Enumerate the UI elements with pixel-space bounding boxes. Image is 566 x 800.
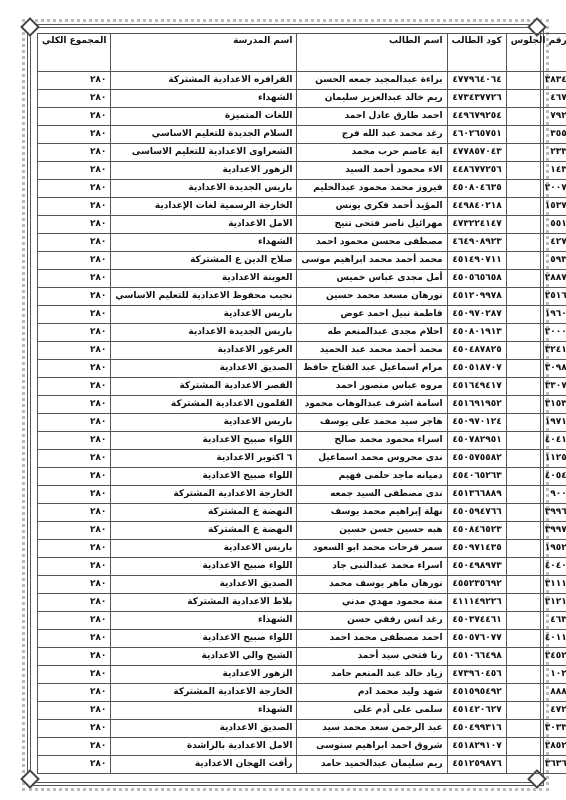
header-student-code: كود الطالب: [447, 34, 506, 72]
total-cell: ٢٨٠: [38, 684, 111, 702]
school-name-cell: الخارجة الاعدادية المشتركة: [111, 486, 297, 504]
seat-number-cell: ٢٠٠٧: [506, 180, 566, 198]
student-code-cell: ٤٥٠٤٨٧٨٢٥: [447, 342, 506, 360]
student-name-cell: دميانه ماجد حلمى فهيم: [297, 468, 447, 486]
student-code-cell: ٤٥٠٤٩٩٣١٦: [447, 720, 506, 738]
student-code-cell: ٤٥٠٩٧١٤٣٥: [447, 540, 506, 558]
table-row: ٢٠٠٠٤٥٠٨٠١٩١٣احلام مجدى عبدالمنعم طهباري…: [38, 324, 566, 342]
table-row: ٤٠٤١٤٥٠٧٨٢٩٥١اسراء محمود محمد صالحاللواء…: [38, 432, 566, 450]
total-cell: ٢٨٠: [38, 90, 111, 108]
student-code-cell: ٤٥٠٩٧٠١٢٤: [447, 414, 506, 432]
student-code-cell: ٤٧٣٩٦٠٤٥٦: [447, 666, 506, 684]
student-name-cell: رنا فتحي سيد أحمد: [297, 648, 447, 666]
student-name-cell: اسراء محمود محمد صالح: [297, 432, 447, 450]
school-name-cell: اللغات المتميزة: [111, 108, 297, 126]
total-cell: ٢٨٠: [38, 144, 111, 162]
school-name-cell: الشهداء: [111, 90, 297, 108]
student-code-cell: ٤٥٠٥٦٥٦٥٨: [447, 270, 506, 288]
student-name-cell: رغد محمد عبد الله فرج: [297, 126, 447, 144]
total-cell: ٢٨٠: [38, 162, 111, 180]
seat-number-cell: ٣٥٥: [506, 126, 566, 144]
student-name-cell: مهرائيل ناصر فتحى تنيج: [297, 216, 447, 234]
total-cell: ٢٨٠: [38, 468, 111, 486]
student-name-cell: نورهان مسعد محمد حسين: [297, 288, 447, 306]
student-code-cell: ٤٥٠٩٧٠٢٨٧: [447, 306, 506, 324]
seat-number-cell: ٥٩٣: [506, 252, 566, 270]
seat-number-cell: ٤٠٥٤: [506, 468, 566, 486]
student-name-cell: شروق احمد ابراهيم سنوسى: [297, 738, 447, 756]
seat-number-cell: ٣٢٤١: [506, 342, 566, 360]
school-name-cell: رأفت الهجان الاعدادية: [111, 756, 297, 774]
seat-number-cell: ٤٠٤١: [506, 432, 566, 450]
table-row: ٣٣٠٧٤٥١٦٤٩٤١٧مروه عباس منصور احمدالقصر ا…: [38, 378, 566, 396]
total-cell: ٢٨٠: [38, 126, 111, 144]
table-row: ٢٤٥٢٤٥١٠٦٦٤٩٨رنا فتحي سيد أحمدالشيخ والي…: [38, 648, 566, 666]
total-cell: ٢٨٠: [38, 594, 111, 612]
school-name-cell: النهضة ع المشتركة: [111, 504, 297, 522]
table-row: ٤٦٧٤٧٣٤٣٧٧٢٦ريم خالد عبدالعزيز سليمانالش…: [38, 90, 566, 108]
seat-number-cell: ١٥٣٧: [506, 198, 566, 216]
total-cell: ٢٨٠: [38, 306, 111, 324]
seat-number-cell: ١٠٢: [506, 666, 566, 684]
student-code-cell: ٤٥١٣٦٦٨٨٩: [447, 486, 506, 504]
table-row: ٣٦٣٦٤٥١٢٥٩٨٧٦ريم سليمان عبدالحميد حامدرأ…: [38, 756, 566, 774]
school-name-cell: باريس الجديدة الاعدادية: [111, 324, 297, 342]
table-row: ٣١١١٤٥٥٢٣٥٦٩٢نورهان ماهر يوسف محمدالصديق…: [38, 576, 566, 594]
table-row: ٨٨٨٤٥١٥٩٥٤٩٢شهد وليد محمد ادمالخارجة الا…: [38, 684, 566, 702]
total-cell: ٢٨٠: [38, 72, 111, 90]
seat-number-cell: ٤٢٧: [506, 234, 566, 252]
seat-number-cell: ٣١١١: [506, 576, 566, 594]
seat-number-cell: ٤٠٤٠: [506, 558, 566, 576]
seat-number-cell: ١٤٣: [506, 162, 566, 180]
total-cell: ٢٨٠: [38, 450, 111, 468]
total-cell: ٢٨٠: [38, 270, 111, 288]
seat-number-cell: ٢١٢١: [506, 594, 566, 612]
seat-number-cell: ٢٤٥٢: [506, 648, 566, 666]
student-code-cell: ٤٥١٥٩٥٤٩٢: [447, 684, 506, 702]
table-row: ١٠٢٤٧٣٩٦٠٤٥٦زياد خالد عبد المنعم حامدالز…: [38, 666, 566, 684]
total-cell: ٢٨٠: [38, 612, 111, 630]
table-row: ٢٨٨٧٤٥٠٥٦٥٦٥٨أمل مجدى عباس خميسالعوينة ا…: [38, 270, 566, 288]
school-name-cell: العوينة الاعدادية: [111, 270, 297, 288]
seat-number-cell: ٤٦٧: [506, 90, 566, 108]
total-cell: ٢٨٠: [38, 342, 111, 360]
table-row: ١٩٦٠٤٥٠٩٧٠٢٨٧فاطمة نبيل احمد عوضباريس ال…: [38, 306, 566, 324]
student-name-cell: اسراء محمد عبدالنبى جاد: [297, 558, 447, 576]
seat-number-cell: ٤٠١١: [506, 630, 566, 648]
school-name-cell: اللواء صبيح الاعدادية: [111, 432, 297, 450]
total-cell: ٢٨٠: [38, 108, 111, 126]
school-name-cell: القلمون الاعدادية المشتركة: [111, 396, 297, 414]
seat-number-cell: ٣١٥٣: [506, 396, 566, 414]
total-cell: ٢٨٠: [38, 486, 111, 504]
school-name-cell: باريس الاعدادية: [111, 540, 297, 558]
total-cell: ٢٨٠: [38, 396, 111, 414]
table-header-row: رقم الجلوس كود الطالب اسم الطالب اسم الم…: [38, 34, 566, 72]
seat-number-cell: ٨٨٨: [506, 684, 566, 702]
table-row: ٤٧٢٤٥١٤٢٠٦٢٧سلمى على أدم علىالشهداء٢٨٠: [38, 702, 566, 720]
student-name-cell: احمد طارق عادل احمد: [297, 108, 447, 126]
school-name-cell: الشعراوى الاعدادية للتعليم الاساسى: [111, 144, 297, 162]
student-name-cell: ريم سليمان عبدالحميد حامد: [297, 756, 447, 774]
header-school-name: اسم المدرسة: [111, 34, 297, 72]
table-row: ٣٩٩٦٤٥٠٥٩٤٧٦٦نهلة إبراهيم محمد يوسفالنهض…: [38, 504, 566, 522]
total-cell: ٢٨٠: [38, 216, 111, 234]
table-row: ٢٠٠٧٤٥٠٨٠٤٦٣٥فيروز محمد محمود عبدالحليمب…: [38, 180, 566, 198]
student-code-cell: ٤٤٨٦٧٧٢٥٦: [447, 162, 506, 180]
school-name-cell: الصديق الاعدادية: [111, 576, 297, 594]
header-student-name: اسم الطالب: [297, 34, 447, 72]
school-name-cell: اللواء صبيح الاعدادية: [111, 468, 297, 486]
seat-number-cell: ٣٣٠٧: [506, 378, 566, 396]
student-code-cell: ٤٧٧٨٥٧٠٤٣: [447, 144, 506, 162]
total-cell: ٢٨٠: [38, 666, 111, 684]
total-cell: ٢٨٠: [38, 756, 111, 774]
student-name-cell: مصطفى محسن محمود احمد: [297, 234, 447, 252]
table-row: ٧٩٢٤٤٩٦٧٩٢٥٤احمد طارق عادل احمداللغات ال…: [38, 108, 566, 126]
total-cell: ٢٨٠: [38, 540, 111, 558]
table-row: ٢٣٣٤٧٧٨٥٧٠٤٣اية عاصم حرب محمدالشعراوى ال…: [38, 144, 566, 162]
student-code-cell: ٤٥١٤٢٠٦٢٧: [447, 702, 506, 720]
school-name-cell: الصديق الاعدادية: [111, 360, 297, 378]
total-cell: ٢٨٠: [38, 720, 111, 738]
seat-number-cell: ٣٠٣٣: [506, 720, 566, 738]
table-row: ١٩٧١٤٥٠٩٧٠١٢٤هاجر سيد محمد على يوسفباريس…: [38, 414, 566, 432]
student-name-cell: محمد أحمد محمد عبد الحميد: [297, 342, 447, 360]
student-code-cell: ٤٥٠٧٨٢٩٥١: [447, 432, 506, 450]
school-name-cell: اللواء صبيح الاعدادية: [111, 630, 297, 648]
school-name-cell: الشيخ والي الاعدادية: [111, 648, 297, 666]
student-code-cell: ٤٥٥٢٣٥٦٩٢: [447, 576, 506, 594]
school-name-cell: باريس الاعدادية: [111, 306, 297, 324]
seat-number-cell: ٧٩٢: [506, 108, 566, 126]
student-code-cell: ٤٦٠٢٦٥٧٥١: [447, 126, 506, 144]
total-cell: ٢٨٠: [38, 198, 111, 216]
student-code-cell: ٤٥٠٥٩٤٧٦٦: [447, 504, 506, 522]
total-cell: ٢٨٠: [38, 522, 111, 540]
student-code-cell: ٤٥١٢٥٩٨٧٦: [447, 756, 506, 774]
student-name-cell: فاطمة نبيل احمد عوض: [297, 306, 447, 324]
table-row: ١٤٣٤٤٨٦٧٧٢٥٦الاء محمود أحمد السيدالزهور …: [38, 162, 566, 180]
student-code-cell: ٤٥٠٨٠٤٦٣٥: [447, 180, 506, 198]
student-name-cell: ندى مصطفى السيد جمعه: [297, 486, 447, 504]
seat-number-cell: ٩٠٠: [506, 486, 566, 504]
student-code-cell: ٤١١١٤٩٢٢٦: [447, 594, 506, 612]
total-cell: ٢٨٠: [38, 576, 111, 594]
seat-number-cell: ٣٩٩٦: [506, 504, 566, 522]
table-row: ١٩٥٢٤٥٠٩٧١٤٣٥سمر فرحات محمد ابو السعودبا…: [38, 540, 566, 558]
student-code-cell: ٤٦٤٩٠٨٩٢٣: [447, 234, 506, 252]
seat-number-cell: ١٩٧١: [506, 414, 566, 432]
table-row: ٥٥١٤٧٣٢٢٤١٤٧مهرائيل ناصر فتحى تنيجالامل …: [38, 216, 566, 234]
seat-number-cell: ٢٣٣: [506, 144, 566, 162]
school-name-cell: الشهداء: [111, 612, 297, 630]
school-name-cell: السلام الجديدة للتعليم الاساسي: [111, 126, 297, 144]
school-name-cell: الامل الاعدادية بالراشدة: [111, 738, 297, 756]
student-name-cell: نورهان ماهر يوسف محمد: [297, 576, 447, 594]
seat-number-cell: ٣٩٩٧: [506, 522, 566, 540]
student-code-cell: ٤٥١٨٢٩١٠٧: [447, 738, 506, 756]
student-code-cell: ٤٥١٦٩١٩٥٢: [447, 396, 506, 414]
seat-number-cell: ٢٨٥٢: [506, 738, 566, 756]
seat-number-cell: ١٩٥٢: [506, 540, 566, 558]
student-name-cell: هبه حسين حسن حسين: [297, 522, 447, 540]
student-name-cell: رغد انس رفقي حسن: [297, 612, 447, 630]
table-row: ٤٦٣٤٥٠٣٧٤٤٦١رغد انس رفقي حسنالشهداء٢٨٠: [38, 612, 566, 630]
school-name-cell: اللواء صبيح الاعدادية: [111, 558, 297, 576]
seat-number-cell: ٣٠٩٨: [506, 360, 566, 378]
table-row: ٣٨٣٤٤٧٧٩٦٤٠٦٤براءة عبدالمجيد جمعه الحسنا…: [38, 72, 566, 90]
table-row: ٤٠٤٠٤٥٠٤٩٨٩٧٣اسراء محمد عبدالنبى جاداللو…: [38, 558, 566, 576]
student-code-cell: ٤٥٠٣٧٤٤٦١: [447, 612, 506, 630]
table-row: ٣٩٩٧٤٥٠٨٤٦٥٢٣هبه حسين حسن حسينالنهضة ع ا…: [38, 522, 566, 540]
student-code-cell: ٤٤٩٨٤٠٢١٨: [447, 198, 506, 216]
table-row: ٣١٥٣٤٥١٦٩١٩٥٢اسامة اشرف عبدالوهاب محمودا…: [38, 396, 566, 414]
student-name-cell: زياد خالد عبد المنعم حامد: [297, 666, 447, 684]
table-row: ٩٠٠٤٥١٣٦٦٨٨٩ندى مصطفى السيد جمعهالخارجة …: [38, 486, 566, 504]
table-row: ٥٩٣٤٥١٤٩٠٧١١محمد أحمد محمد ابراهيم موسىص…: [38, 252, 566, 270]
total-cell: ٢٨٠: [38, 180, 111, 198]
school-name-cell: الخارجة الاعدادية المشتركة: [111, 684, 297, 702]
student-code-cell: ٤٥١٠٦٦٤٩٨: [447, 648, 506, 666]
school-name-cell: باريس الجديدة الاعدادية: [111, 180, 297, 198]
student-name-cell: هاجر سيد محمد على يوسف: [297, 414, 447, 432]
seat-number-cell: ٤٧٢: [506, 702, 566, 720]
student-name-cell: نهلة إبراهيم محمد يوسف: [297, 504, 447, 522]
student-name-cell: ندى محروس محمد اسماعيل: [297, 450, 447, 468]
student-name-cell: فيروز محمد محمود عبدالحليم: [297, 180, 447, 198]
total-cell: ٢٨٠: [38, 738, 111, 756]
table-row: ٣٠٩٨٤٥٠٥١٨٧٠٧مرام اسماعيل عبد الفتاح حاف…: [38, 360, 566, 378]
student-name-cell: عبد الرحمن سعد محمد سيد: [297, 720, 447, 738]
student-code-cell: ٤٧٣٢٢٤١٤٧: [447, 216, 506, 234]
school-name-cell: القرافره الاعدادية المشتركة: [111, 72, 297, 90]
seat-number-cell: ٣٨٣٤: [506, 72, 566, 90]
total-cell: ٢٨٠: [38, 252, 111, 270]
total-cell: ٢٨٠: [38, 504, 111, 522]
student-code-cell: ٤٥٠٥٧٦٠٧٧: [447, 630, 506, 648]
school-name-cell: الشهداء: [111, 702, 297, 720]
school-name-cell: الزهور الاعدادية: [111, 666, 297, 684]
total-cell: ٢٨٠: [38, 378, 111, 396]
table-row: ١١٢٥٤٥٠٥٧٥٥٨٢ندى محروس محمد اسماعيل٦ اكت…: [38, 450, 566, 468]
total-cell: ٢٨٠: [38, 432, 111, 450]
student-code-cell: ٤٤٩٦٧٩٢٥٤: [447, 108, 506, 126]
student-code-cell: ٤٥١٤٩٠٧١١: [447, 252, 506, 270]
table-row: ٣٥٥٤٦٠٢٦٥٧٥١رغد محمد عبد الله فرجالسلام …: [38, 126, 566, 144]
table-row: ٢٥١٦٤٥١٢٠٩٩٧٨نورهان مسعد محمد حسيننجيب م…: [38, 288, 566, 306]
total-cell: ٢٨٠: [38, 360, 111, 378]
student-name-cell: شهد وليد محمد ادم: [297, 684, 447, 702]
seat-number-cell: ٢٨٨٧: [506, 270, 566, 288]
total-cell: ٢٨٠: [38, 288, 111, 306]
school-name-cell: صلاح الدين ع المشتركة: [111, 252, 297, 270]
school-name-cell: نجيب محفوظ الاعدادية للتعليم الاساسي: [111, 288, 297, 306]
student-name-cell: سمر فرحات محمد ابو السعود: [297, 540, 447, 558]
school-name-cell: الصديق الاعدادية: [111, 720, 297, 738]
table-row: ٤٠٥٤٤٥٤٠٦٥٢٦٣دميانه ماجد حلمى فهيماللواء…: [38, 468, 566, 486]
seat-number-cell: ١٩٦٠: [506, 306, 566, 324]
total-cell: ٢٨٠: [38, 558, 111, 576]
school-name-cell: الخارجة الرسمية لغات الإعدادية: [111, 198, 297, 216]
seat-number-cell: ٢٥١٦: [506, 288, 566, 306]
total-cell: ٢٨٠: [38, 630, 111, 648]
student-code-cell: ٤٥٠٤٩٨٩٧٣: [447, 558, 506, 576]
seat-number-cell: ١١٢٥: [506, 450, 566, 468]
student-code-cell: ٤٧٧٩٦٤٠٦٤: [447, 72, 506, 90]
table-row: ٤٠١١٤٥٠٥٧٦٠٧٧احمد مصطفى محمد احمداللواء …: [38, 630, 566, 648]
total-cell: ٢٨٠: [38, 414, 111, 432]
table-row: ٣٠٣٣٤٥٠٤٩٩٣١٦عبد الرحمن سعد محمد سيدالصد…: [38, 720, 566, 738]
school-name-cell: الغرغور الاعدادية: [111, 342, 297, 360]
student-code-cell: ٤٥٠٥٧٥٥٨٢: [447, 450, 506, 468]
school-name-cell: ٦ اكتوبر الاعدادية: [111, 450, 297, 468]
header-total: المجموع الكلي: [38, 34, 111, 72]
student-name-cell: سلمى على أدم على: [297, 702, 447, 720]
student-name-cell: احلام مجدى عبدالمنعم طه: [297, 324, 447, 342]
student-code-cell: ٤٥٠٨٠١٩١٣: [447, 324, 506, 342]
table-row: ٣٢٤١٤٥٠٤٨٧٨٢٥محمد أحمد محمد عبد الحميدال…: [38, 342, 566, 360]
seat-number-cell: ٤٦٣: [506, 612, 566, 630]
school-name-cell: باريس الاعدادية: [111, 414, 297, 432]
student-name-cell: المؤيد أحمد فكري يونس: [297, 198, 447, 216]
total-cell: ٢٨٠: [38, 234, 111, 252]
table-row: ٤٢٧٤٦٤٩٠٨٩٢٣مصطفى محسن محمود احمدالشهداء…: [38, 234, 566, 252]
student-name-cell: أمل مجدى عباس خميس: [297, 270, 447, 288]
student-code-cell: ٤٥١٢٠٩٩٧٨: [447, 288, 506, 306]
total-cell: ٢٨٠: [38, 702, 111, 720]
seat-number-cell: ٣٦٣٦: [506, 756, 566, 774]
total-cell: ٢٨٠: [38, 648, 111, 666]
seat-number-cell: ٢٠٠٠: [506, 324, 566, 342]
school-name-cell: الشهداء: [111, 234, 297, 252]
student-name-cell: اية عاصم حرب محمد: [297, 144, 447, 162]
student-name-cell: محمد أحمد محمد ابراهيم موسى: [297, 252, 447, 270]
student-code-cell: ٤٧٣٤٣٧٧٢٦: [447, 90, 506, 108]
seat-number-cell: ٥٥١: [506, 216, 566, 234]
table-body: ٣٨٣٤٤٧٧٩٦٤٠٦٤براءة عبدالمجيد جمعه الحسنا…: [38, 72, 566, 774]
student-code-cell: ٤٥٠٨٤٦٥٢٣: [447, 522, 506, 540]
results-table: رقم الجلوس كود الطالب اسم الطالب اسم الم…: [37, 33, 566, 774]
school-name-cell: الامل الاعدادية: [111, 216, 297, 234]
header-seat-number: رقم الجلوس: [506, 34, 566, 72]
student-code-cell: ٤٥٤٠٦٥٢٦٣: [447, 468, 506, 486]
student-name-cell: اسامة اشرف عبدالوهاب محمود: [297, 396, 447, 414]
school-name-cell: القصر الاعدادية المشتركة: [111, 378, 297, 396]
student-name-cell: الاء محمود أحمد السيد: [297, 162, 447, 180]
school-name-cell: النهضة ع المشتركة: [111, 522, 297, 540]
student-name-cell: براءة عبدالمجيد جمعه الحسن: [297, 72, 447, 90]
student-name-cell: مرام اسماعيل عبد الفتاح حافظ: [297, 360, 447, 378]
table-row: ٢١٢١٤١١١٤٩٢٢٦منة محمود مهدي مدنيبلاط الا…: [38, 594, 566, 612]
total-cell: ٢٨٠: [38, 324, 111, 342]
school-name-cell: الزهور الاعدادية: [111, 162, 297, 180]
table-row: ١٥٣٧٤٤٩٨٤٠٢١٨المؤيد أحمد فكري يونسالخارج…: [38, 198, 566, 216]
student-code-cell: ٤٥٠٥١٨٧٠٧: [447, 360, 506, 378]
school-name-cell: بلاط الاعدادية المشتركة: [111, 594, 297, 612]
student-name-cell: منة محمود مهدي مدني: [297, 594, 447, 612]
student-name-cell: احمد مصطفى محمد احمد: [297, 630, 447, 648]
table-row: ٢٨٥٢٤٥١٨٢٩١٠٧شروق احمد ابراهيم سنوسىالام…: [38, 738, 566, 756]
student-name-cell: ريم خالد عبدالعزيز سليمان: [297, 90, 447, 108]
student-code-cell: ٤٥١٦٤٩٤١٧: [447, 378, 506, 396]
student-name-cell: مروه عباس منصور احمد: [297, 378, 447, 396]
